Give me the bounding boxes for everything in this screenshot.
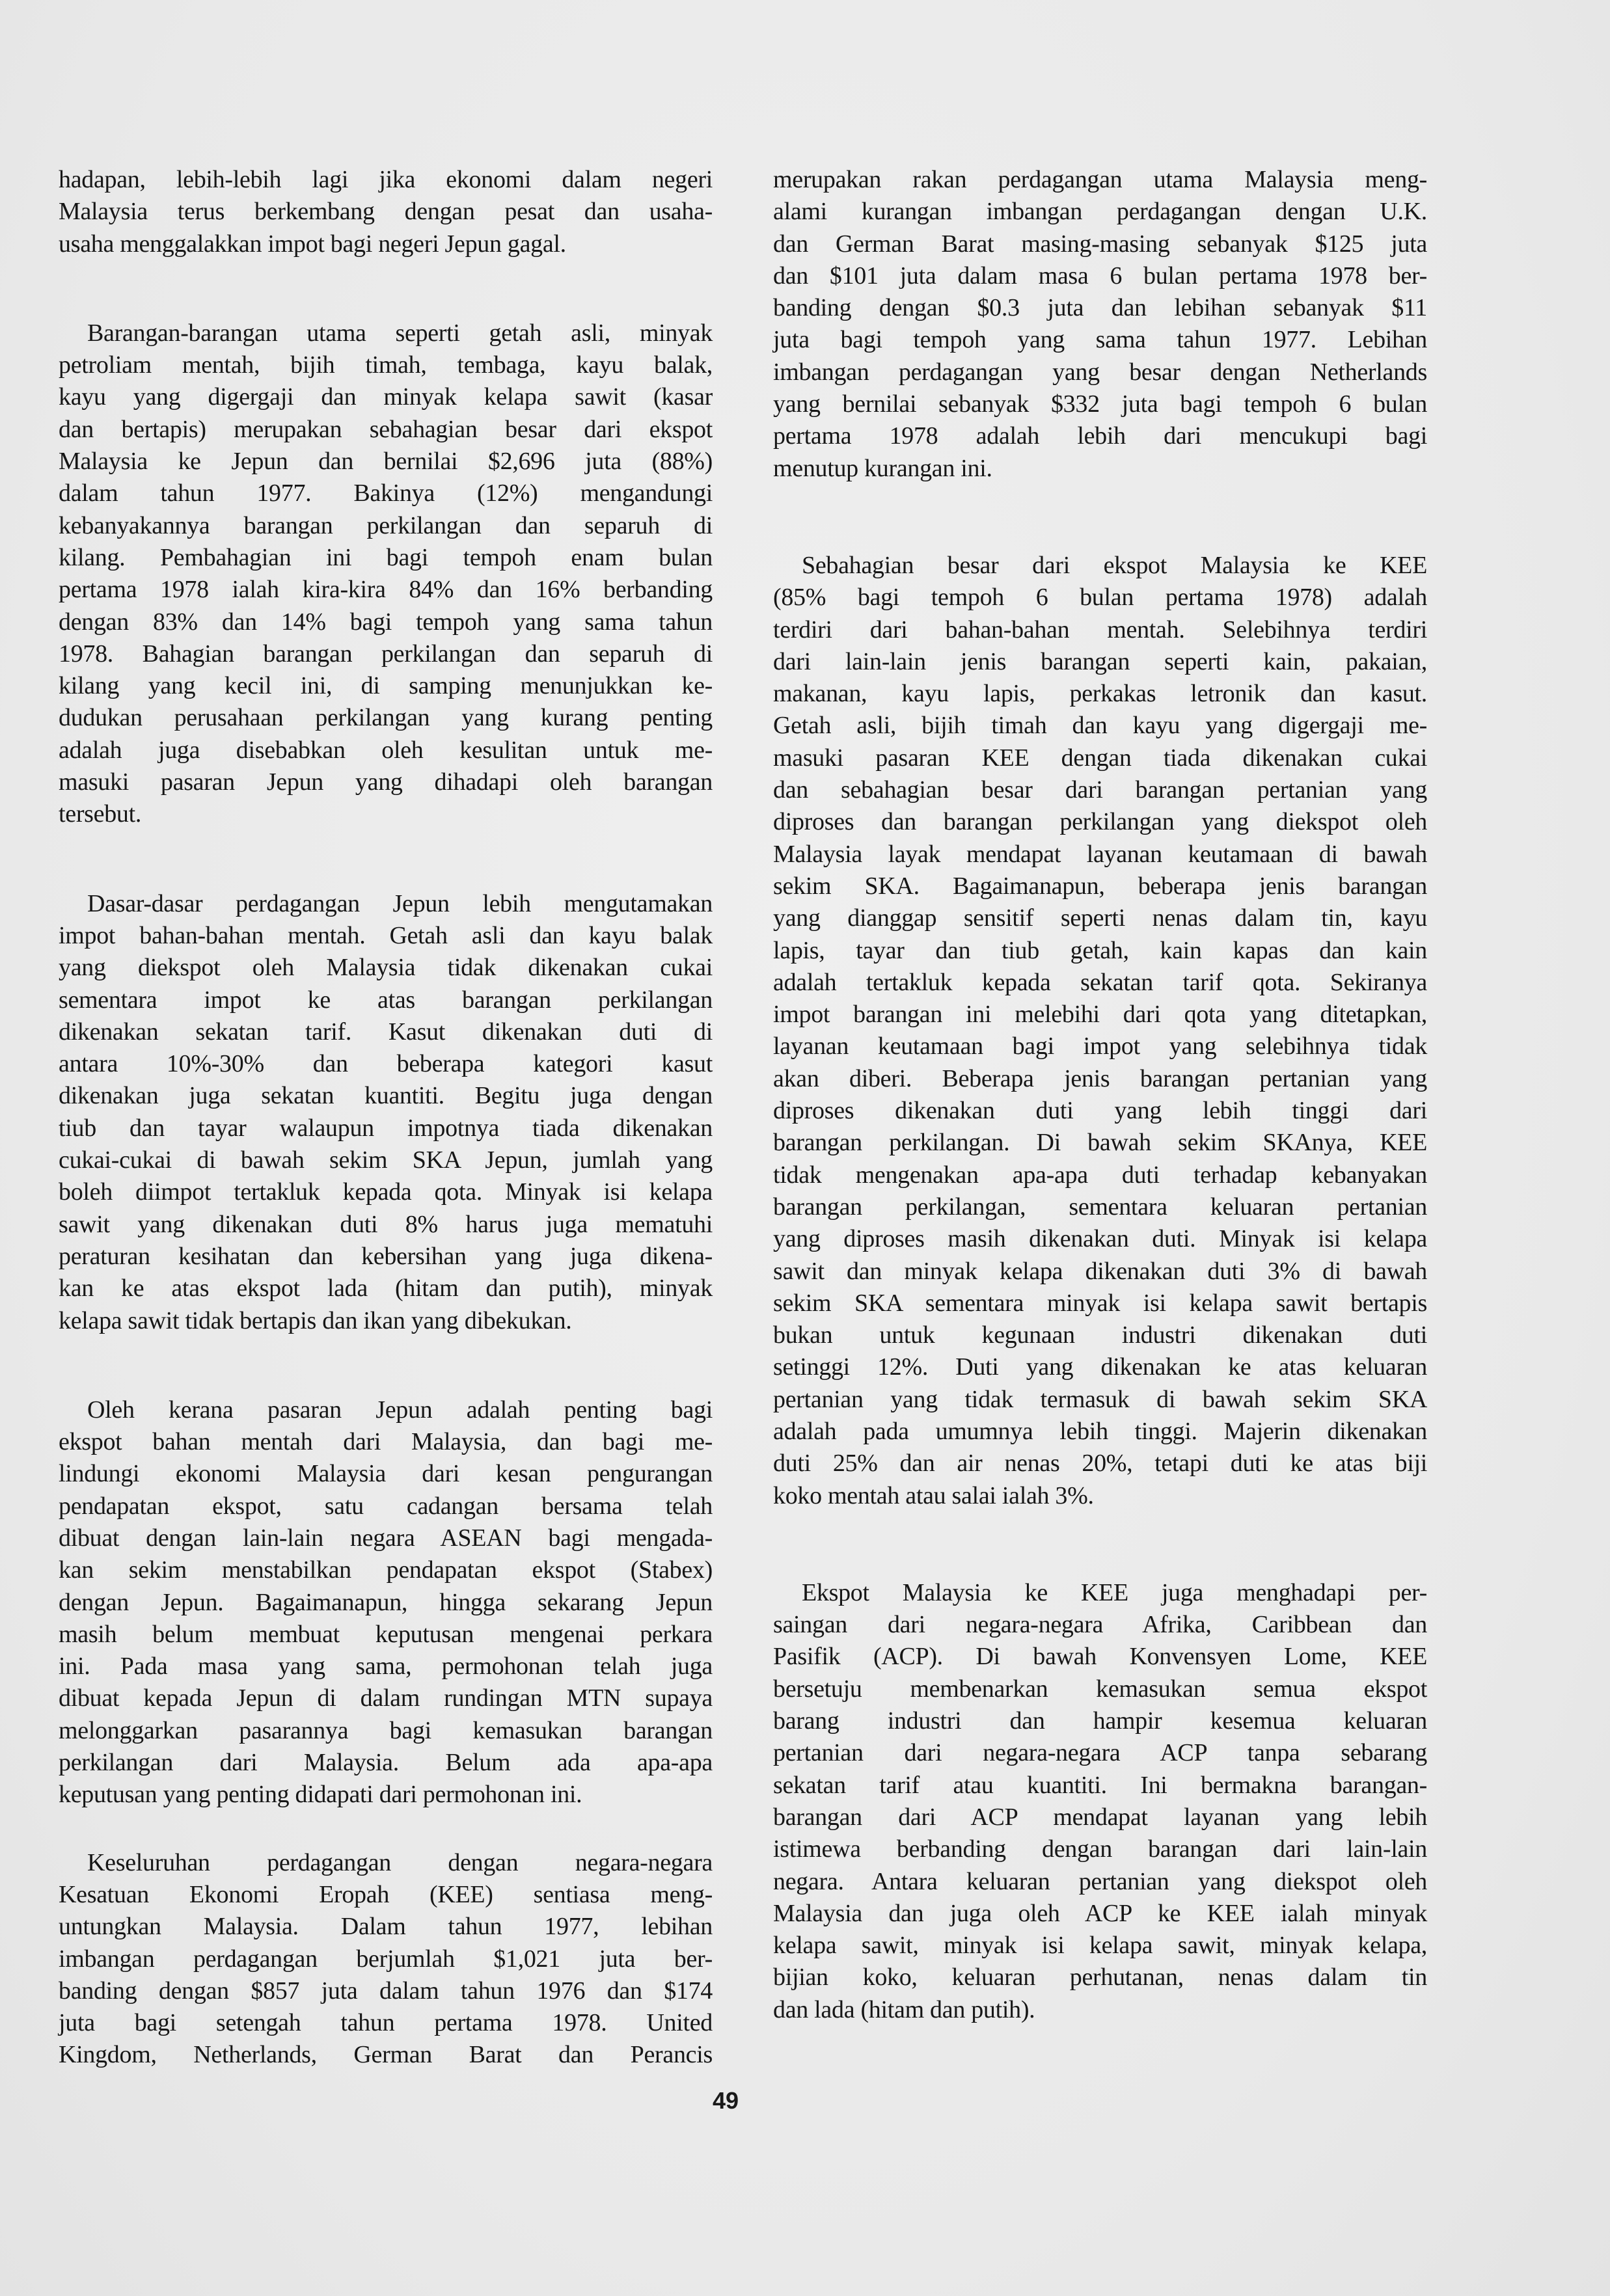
text-line: duti 25% dan air nenas 20%, tetapi duti … bbox=[773, 1448, 1427, 1479]
text-line: petroliam mentah, bijih timah, tembaga, … bbox=[59, 349, 713, 381]
text-line: sekatan tarif atau kuantiti. Ini bermakn… bbox=[773, 1770, 1427, 1802]
text-line: kelapa sawit tidak bertapis dan ikan yan… bbox=[59, 1305, 713, 1337]
text-line: Pasifik (ACP). Di bawah Konvensyen Lome,… bbox=[773, 1641, 1427, 1673]
paragraph-japan-imports-continuation: hadapan, lebih-lebih lagi jika ekonomi d… bbox=[59, 164, 713, 260]
text-line: bijian koko, keluaran perhutanan, nenas … bbox=[773, 1962, 1427, 1993]
text-line: dengan Jepun. Bagaimanapun, hingga sekar… bbox=[59, 1587, 713, 1619]
text-line: koko mentah atau salai ialah 3%. bbox=[773, 1480, 1427, 1512]
text-line: yang bernilai sebanyak $332 juta bagi te… bbox=[773, 388, 1427, 420]
text-line: dan sebahagian besar dari barangan perta… bbox=[773, 774, 1427, 806]
text-line: merupakan rakan perdagangan utama Malays… bbox=[773, 164, 1427, 196]
text-line: cukai-cukai di bawah sekim SKA Jepun, ju… bbox=[59, 1144, 713, 1176]
text-line: dalam tahun 1977. Bakinya (12%) mengandu… bbox=[59, 478, 713, 509]
text-line: adalah tertakluk kepada sekatan tarif qo… bbox=[773, 967, 1427, 999]
text-line: masuki pasaran Jepun yang dihadapi oleh … bbox=[59, 766, 713, 798]
text-line: dengan 83% dan 14% bagi tempoh yang sama… bbox=[59, 606, 713, 638]
text-line: untungkan Malaysia. Dalam tahun 1977, le… bbox=[59, 1911, 713, 1943]
text-line: kilang. Pembahagian ini bagi tempoh enam… bbox=[59, 542, 713, 574]
text-line: adalah juga disebabkan oleh kesulitan un… bbox=[59, 735, 713, 766]
text-line: impot bahan-bahan mentah. Getah asli dan… bbox=[59, 920, 713, 952]
text-line: layanan keutamaan bagi impot yang selebi… bbox=[773, 1031, 1427, 1062]
text-line: perkilangan dari Malaysia. Belum ada apa… bbox=[59, 1747, 713, 1779]
text-line: pertama 1978 adalah lebih dari mencukupi… bbox=[773, 420, 1427, 452]
text-line: dibuat dengan lain-lain negara ASEAN bag… bbox=[59, 1522, 713, 1554]
text-line: yang dianggap sensitif seperti nenas dal… bbox=[773, 902, 1427, 934]
text-line: kayu yang digergaji dan minyak kelapa sa… bbox=[59, 381, 713, 413]
text-line: peraturan kesihatan dan kebersihan yang … bbox=[59, 1241, 713, 1273]
text-line: sawit dan minyak kelapa dikenakan duti 3… bbox=[773, 1256, 1427, 1288]
text-line: dibuat kepada Jepun di dalam rundingan M… bbox=[59, 1682, 713, 1714]
text-line: adalah pada umumnya lebih tinggi. Majeri… bbox=[773, 1416, 1427, 1448]
text-line: sekim SKA. Bagaimanapun, beberapa jenis … bbox=[773, 871, 1427, 902]
text-line: masuki pasaran KEE dengan tiada dikenaka… bbox=[773, 742, 1427, 774]
paragraph-main-exports-to-japan: Barangan-barangan utama seperti getah as… bbox=[59, 317, 713, 831]
text-line: dikenakan sekatan tarif. Kasut dikenakan… bbox=[59, 1016, 713, 1048]
page-number: 49 bbox=[713, 2087, 739, 2114]
paragraph-acp-competition: Ekspot Malaysia ke KEE juga menghadapi p… bbox=[773, 1577, 1427, 2026]
document-page: hadapan, lebih-lebih lagi jika ekonomi d… bbox=[0, 0, 1610, 2296]
text-line: barangan perkilangan, sementara keluaran… bbox=[773, 1191, 1427, 1223]
text-line: makanan, kayu lapis, perkakas letronik d… bbox=[773, 678, 1427, 710]
paragraph-stabex-proposal: Oleh kerana pasaran Jepun adalah penting… bbox=[59, 1394, 713, 1811]
text-line: pertama 1978 ialah kira-kira 84% dan 16%… bbox=[59, 574, 713, 606]
text-line: lindungi ekonomi Malaysia dari kesan pen… bbox=[59, 1458, 713, 1490]
text-line: boleh diimpot tertakluk kepada qota. Min… bbox=[59, 1176, 713, 1208]
text-line: terdiri dari bahan-bahan mentah. Selebih… bbox=[773, 614, 1427, 646]
text-line: pertanian dari negara-negara ACP tanpa s… bbox=[773, 1737, 1427, 1769]
text-line: dudukan perusahaan perkilangan yang kura… bbox=[59, 702, 713, 734]
text-line: kan ke atas ekspot lada (hitam dan putih… bbox=[59, 1273, 713, 1304]
text-line: sawit yang dikenakan duti 8% harus juga … bbox=[59, 1209, 713, 1241]
text-line: masih belum membuat keputusan mengenai p… bbox=[59, 1619, 713, 1651]
text-line: Malaysia dan juga oleh ACP ke KEE ialah … bbox=[773, 1898, 1427, 1930]
text-line: banding dengan $857 juta dalam tahun 197… bbox=[59, 1975, 713, 2007]
text-line: (85% bagi tempoh 6 bulan pertama 1978) a… bbox=[773, 582, 1427, 614]
text-line: usaha menggalakkan impot bagi negeri Jep… bbox=[59, 228, 713, 260]
text-line: akan diberi. Beberapa jenis barangan per… bbox=[773, 1063, 1427, 1095]
text-line: Malaysia terus berkembang dengan pesat d… bbox=[59, 196, 713, 228]
text-line: diproses dan barangan perkilangan yang d… bbox=[773, 806, 1427, 838]
text-line: 1978. Bahagian barangan perkilangan dan … bbox=[59, 638, 713, 670]
text-line: saingan dari negara-negara Afrika, Carib… bbox=[773, 1609, 1427, 1641]
text-line: diproses dikenakan duti yang lebih tingg… bbox=[773, 1095, 1427, 1127]
text-line: keputusan yang penting didapati dari per… bbox=[59, 1779, 713, 1811]
text-line: pertanian yang tidak termasuk di bawah s… bbox=[773, 1384, 1427, 1416]
paragraph-exports-to-eec: Sebahagian besar dari ekspot Malaysia ke… bbox=[773, 550, 1427, 1512]
text-line: Sebahagian besar dari ekspot Malaysia ke… bbox=[773, 550, 1427, 582]
text-line: dan German Barat masing-masing sebanyak … bbox=[773, 228, 1427, 260]
text-line: tersebut. bbox=[59, 798, 713, 830]
text-line: istimewa berbanding dengan barangan dari… bbox=[773, 1833, 1427, 1865]
text-line: impot barangan ini melebihi dari qota ya… bbox=[773, 999, 1427, 1031]
text-line: kelapa sawit, minyak isi kelapa sawit, m… bbox=[773, 1930, 1427, 1962]
text-line: pendapatan ekspot, satu cadangan bersama… bbox=[59, 1491, 713, 1522]
text-line: sementara impot ke atas barangan perkila… bbox=[59, 984, 713, 1016]
text-line: ekspot bahan mentah dari Malaysia, dan b… bbox=[59, 1426, 713, 1458]
text-line: dan lada (hitam dan putih). bbox=[773, 1994, 1427, 2026]
text-line: lapis, tayar dan tiub getah, kain kapas … bbox=[773, 935, 1427, 967]
text-line: banding dengan $0.3 juta dan lebihan seb… bbox=[773, 292, 1427, 324]
text-line: juta bagi tempoh yang sama tahun 1977. L… bbox=[773, 324, 1427, 356]
text-line: antara 10%-30% dan beberapa kategori kas… bbox=[59, 1048, 713, 1080]
text-line: juta bagi setengah tahun pertama 1978. U… bbox=[59, 2007, 713, 2039]
text-line: bersetuju membenarkan kemasukan semua ek… bbox=[773, 1673, 1427, 1705]
paragraph-uk-germany-deficit: merupakan rakan perdagangan utama Malays… bbox=[773, 164, 1427, 485]
text-line: kilang yang kecil ini, di samping menunj… bbox=[59, 670, 713, 702]
text-line: barang industri dan hampir kesemua kelua… bbox=[773, 1705, 1427, 1737]
text-line: Barangan-barangan utama seperti getah as… bbox=[59, 317, 713, 349]
text-line: kan sekim menstabilkan pendapatan ekspot… bbox=[59, 1554, 713, 1586]
text-line: Ekspot Malaysia ke KEE juga menghadapi p… bbox=[773, 1577, 1427, 1609]
text-line: Dasar-dasar perdagangan Jepun lebih meng… bbox=[59, 888, 713, 920]
text-line: alami kurangan imbangan perdagangan deng… bbox=[773, 196, 1427, 228]
right-column: merupakan rakan perdagangan utama Malays… bbox=[773, 164, 1427, 2026]
text-line: negara. Antara keluaran pertanian yang d… bbox=[773, 1866, 1427, 1898]
text-line: Getah asli, bijih timah dan kayu yang di… bbox=[773, 710, 1427, 742]
text-line: imbangan perdagangan berjumlah $1,021 ju… bbox=[59, 1943, 713, 1975]
text-line: Oleh kerana pasaran Jepun adalah penting… bbox=[59, 1394, 713, 1426]
text-line: Kingdom, Netherlands, German Barat dan P… bbox=[59, 2039, 713, 2071]
text-line: Malaysia ke Jepun dan bernilai $2,696 ju… bbox=[59, 446, 713, 478]
text-line: Kesatuan Ekonomi Eropah (KEE) sentiasa m… bbox=[59, 1879, 713, 1911]
text-line: bukan untuk kegunaan industri dikenakan … bbox=[773, 1319, 1427, 1351]
text-line: yang diekspot oleh Malaysia tidak dikena… bbox=[59, 952, 713, 984]
text-line: Keseluruhan perdagangan dengan negara-ne… bbox=[59, 1847, 713, 1879]
text-line: Malaysia layak mendapat layanan keutamaa… bbox=[773, 839, 1427, 871]
text-line: setinggi 12%. Duti yang dikenakan ke ata… bbox=[773, 1351, 1427, 1383]
text-line: yang diproses masih dikenakan duti. Miny… bbox=[773, 1223, 1427, 1255]
text-line: ini. Pada masa yang sama, permohonan tel… bbox=[59, 1651, 713, 1682]
text-line: dan $101 juta dalam masa 6 bulan pertama… bbox=[773, 260, 1427, 292]
text-line: dari lain-lain jenis barangan seperti ka… bbox=[773, 646, 1427, 678]
text-line: barangan perkilangan. Di bawah sekim SKA… bbox=[773, 1127, 1427, 1159]
text-line: menutup kurangan ini. bbox=[773, 453, 1427, 485]
text-line: tidak mengenakan apa-apa duti terhadap k… bbox=[773, 1159, 1427, 1191]
paragraph-japan-trade-policy: Dasar-dasar perdagangan Jepun lebih meng… bbox=[59, 888, 713, 1337]
text-line: melonggarkan pasarannya bagi kemasukan b… bbox=[59, 1715, 713, 1747]
paragraph-eec-trade: Keseluruhan perdagangan dengan negara-ne… bbox=[59, 1847, 713, 2072]
text-line: tiub dan tayar walaupun impotnya tiada d… bbox=[59, 1113, 713, 1144]
left-column: hadapan, lebih-lebih lagi jika ekonomi d… bbox=[59, 164, 713, 2072]
text-line: dan bertapis) merupakan sebahagian besar… bbox=[59, 414, 713, 446]
text-line: dikenakan juga sekatan kuantiti. Begitu … bbox=[59, 1080, 713, 1112]
text-line: kebanyakannya barangan perkilangan dan s… bbox=[59, 510, 713, 542]
text-line: barangan dari ACP mendapat layanan yang … bbox=[773, 1802, 1427, 1833]
text-line: imbangan perdagangan yang besar dengan N… bbox=[773, 357, 1427, 388]
text-line: hadapan, lebih-lebih lagi jika ekonomi d… bbox=[59, 164, 713, 196]
text-line: sekim SKA sementara minyak isi kelapa sa… bbox=[773, 1288, 1427, 1319]
